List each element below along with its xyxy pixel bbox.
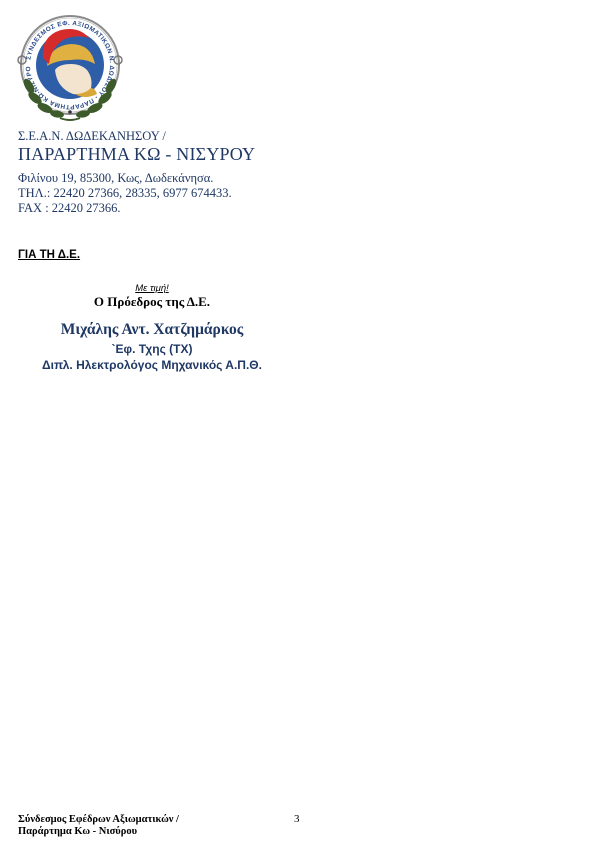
recipient-heading: ΓΙΑ ΤΗ Δ.Ε.	[18, 249, 80, 261]
signatory-title: Διπλ. Ηλεκτρολόγος Μηχανικός Α.Π.Θ.	[0, 358, 304, 372]
contact-block: Φιλίνου 19, 85300, Κως, Δωδεκάνησα. ΤΗΛ.…	[18, 171, 232, 216]
signatory-rank: `Εφ. Τχης (ΤΧ)	[0, 342, 304, 356]
page-number: 3	[294, 813, 300, 825]
signatory-name: Μιχάλης Αντ. Χατζημάρκος	[0, 321, 304, 339]
page-footer: Σύνδεσμος Εφέδρων Αξιωματικών / Παράρτημ…	[18, 814, 179, 838]
footer-line-2: Παράρτημα Κω - Νισύρου	[18, 826, 179, 838]
closing-salutation: Με τιμή!	[0, 283, 304, 294]
address: Φιλίνου 19, 85300, Κως, Δωδεκάνησα.	[18, 171, 232, 186]
signatory-role: Ο Πρόεδρος της Δ.Ε.	[0, 294, 304, 310]
organization-name: Σ.Ε.Α.Ν. ΔΩΔΕΚΑΝΗΣΟΥ /	[18, 129, 166, 144]
phone-numbers: ΤΗΛ.: 22420 27366, 28335, 6977 674433.	[18, 186, 232, 201]
association-emblem-icon: ΣΥΝΔΕΣΜΟΣ ΕΦ. ΑΞΙΩΜΑΤΙΚΩΝ Ν. ΔΩΔ/ΣΟΥ - Π…	[15, 8, 125, 124]
branch-name: ΠΑΡΑΡΤΗΜΑ ΚΩ - ΝΙΣΥΡΟΥ	[18, 144, 255, 165]
fax-number: FAX : 22420 27366.	[18, 201, 232, 216]
footer-line-1: Σύνδεσμος Εφέδρων Αξιωματικών /	[18, 814, 179, 826]
